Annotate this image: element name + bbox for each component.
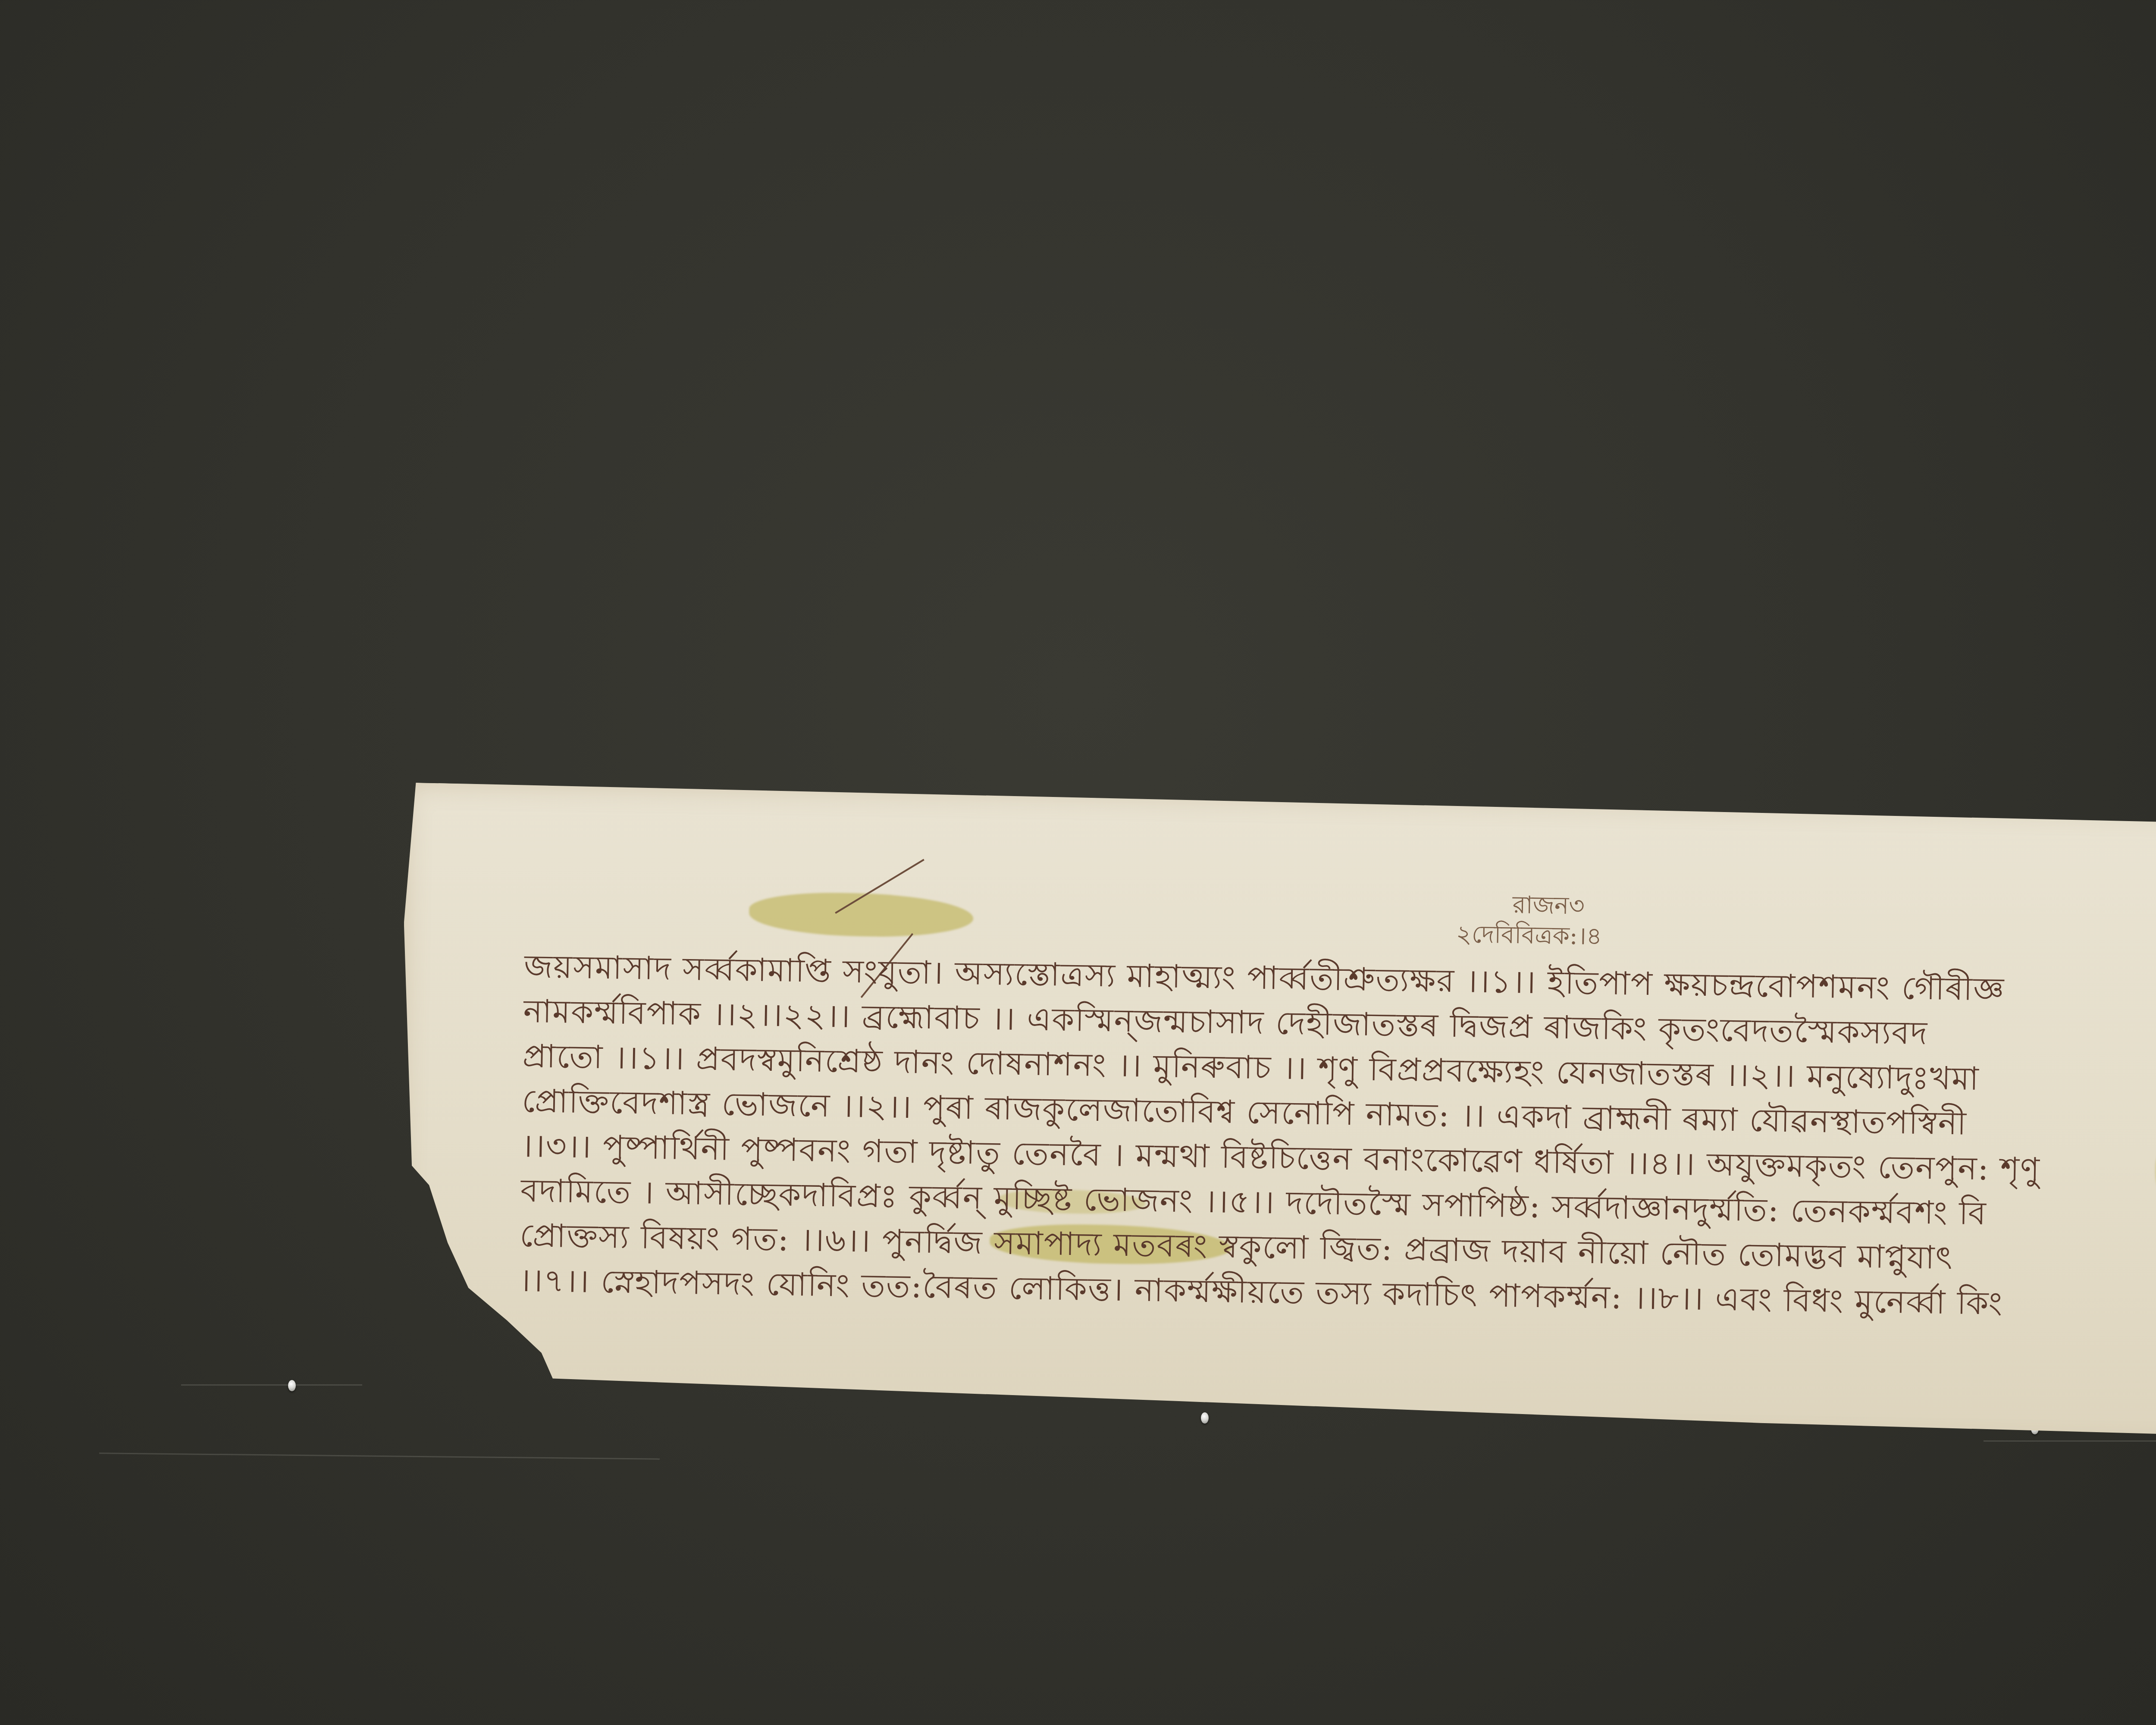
mounting-pin-left: [288, 1380, 296, 1391]
manuscript-text: জয়সমাসাদ সর্ব্বকামাপ্তি সংযুতা। অস্যস্ত…: [519, 944, 2156, 1330]
margin-annotation-second: ২দেবিবিত্রক:।৪: [1456, 916, 1602, 958]
mounting-pin-center-left: [1201, 1412, 1209, 1424]
manuscript-leaf: রাজন৩ ২দেবিবিত্রক:।৪ জয়সমাসাদ সর্ব্বকাম…: [396, 783, 2156, 1452]
board-guide-line-bottom: [99, 1452, 660, 1460]
board-guide-line-left: [181, 1384, 362, 1386]
board-guide-line-right: [1984, 1440, 2156, 1442]
